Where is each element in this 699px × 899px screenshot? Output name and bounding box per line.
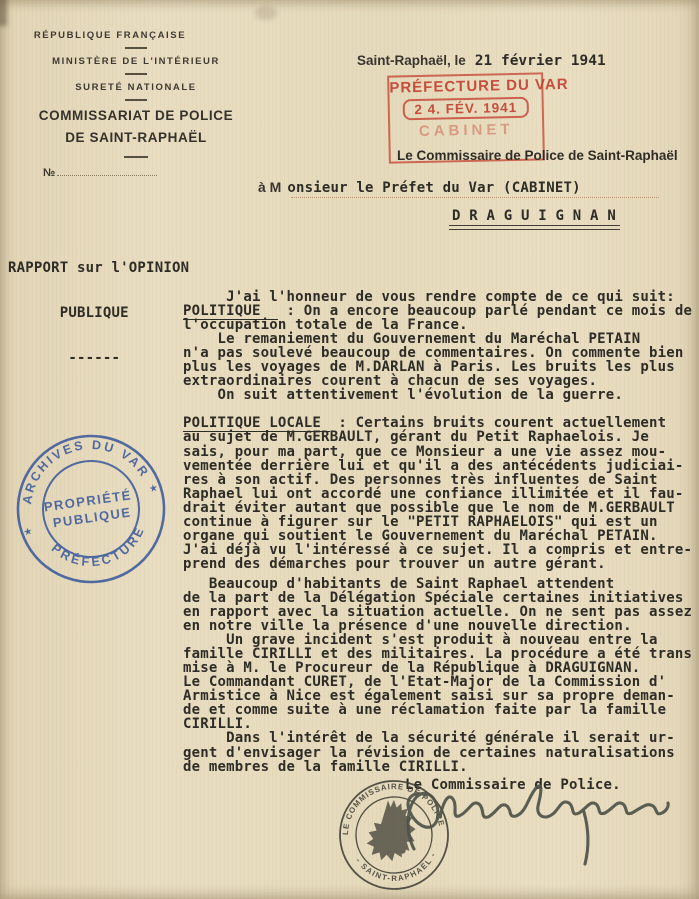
- date-typed: 21 février 1941: [475, 53, 606, 69]
- body-line: Armistice à Nice est également saisi sur…: [183, 689, 695, 703]
- number-dotted-rule: [57, 175, 157, 176]
- star-icon: ★: [22, 526, 33, 539]
- body-line: [183, 402, 695, 416]
- body-text: J'ai l'honneur de vous rendre compte de …: [183, 290, 695, 774]
- date-printed: Saint-Raphaël, le: [357, 53, 466, 68]
- body-line: n'a pas soulevé beaucoup de commentaires…: [183, 346, 695, 360]
- body-line: sais, pour ma part, que ce Monsieur a un…: [183, 445, 695, 459]
- number-label: №: [43, 167, 55, 179]
- body-line: POLITIQUE LOCALE : Certains bruits coure…: [183, 416, 695, 430]
- recipient-line: à Monsieur le Préfet du Var (CABINET): [258, 179, 581, 197]
- subject-line1: RAPPORT sur l'OPINION: [8, 261, 189, 276]
- archives-stamp-arc-bottom: PRÉFECTURE: [47, 521, 154, 579]
- body-line: Dans l'intérêt de la sécurité générale i…: [183, 731, 695, 745]
- subject-line3: ------: [8, 351, 189, 366]
- recipient-typed: onsieur le Préfet du Var (CABINET): [287, 180, 580, 196]
- letterhead: RÉPUBLIQUE FRANÇAISE MINISTÈRE DE L'INTÉ…: [38, 30, 234, 158]
- document-page: RÉPUBLIQUE FRANÇAISE MINISTÈRE DE L'INTÉ…: [0, 0, 699, 899]
- paper-edge-mark: [0, 0, 7, 26]
- body-line: res à son actif. Des personnes très infl…: [183, 473, 695, 487]
- sender-line: Le Commissaire de Police de Saint-Raphaë…: [397, 148, 678, 163]
- body-line: famille CIRILLI et des militaires. La pr…: [183, 647, 695, 661]
- archives-stamp: ARCHIVES DU VAR PRÉFECTURE ★ ★ PROPRIÉTÉ…: [0, 412, 188, 606]
- body-line: CIRILLI.: [183, 717, 695, 731]
- prefecture-stamp-title: PRÉFECTURE DU VAR: [389, 76, 541, 96]
- body-line: On suit attentivement l'évolution de la …: [183, 388, 695, 402]
- prefecture-stamp-cabinet: CABINET: [390, 120, 542, 140]
- letterhead-divider: [125, 47, 147, 49]
- letterhead-ministere: MINISTÈRE DE L'INTÉRIEUR: [38, 56, 234, 67]
- body-line: Beaucoup d'habitants de Saint Raphael at…: [183, 577, 695, 591]
- body-line: organe qui soutient le Gouvernement du M…: [183, 529, 695, 543]
- letterhead-surete: SURETÉ NATIONALE: [38, 82, 234, 93]
- letterhead-divider: [124, 156, 148, 158]
- letterhead-republique: RÉPUBLIQUE FRANÇAISE: [12, 30, 208, 41]
- letterhead-ville: DE SAINT-RAPHAËL: [38, 130, 234, 145]
- body-line: extraordinaires courent à chacun de ses …: [183, 374, 695, 388]
- recipient-dotted-rule: [291, 197, 659, 198]
- body-line: l'occupation totale de la France.: [183, 318, 695, 332]
- paper-smudge: [255, 6, 277, 20]
- recipient-prefix: à M: [258, 179, 281, 195]
- body-line: de et comme suite à une réclamation fait…: [183, 703, 695, 717]
- body-line: Un grave incident s'est produit à nouvea…: [183, 633, 695, 647]
- body-line: Le remaniement du Gouvernement du Maréch…: [183, 332, 695, 346]
- body-line: continue à figurer sur le "PETIT RAPHAEL…: [183, 515, 695, 529]
- body-line: J'ai déjà vu l'intéressé à ce sujet. Il …: [183, 543, 695, 557]
- body-line: Raphael lui ont accordé une confiance il…: [183, 487, 695, 501]
- body-line: prend des démarches pour trouver un autr…: [183, 557, 695, 571]
- body-line: mise à M. le Procureur de la République …: [183, 661, 695, 675]
- body-line: drait éviter autant que possible que le …: [183, 501, 695, 515]
- body-line: vementée derrière lui et qu'il a des ant…: [183, 459, 695, 473]
- body-line: POLITIQUE : On a encore beaucoup parlé p…: [183, 304, 695, 318]
- svg-text:PRÉFECTURE: PRÉFECTURE: [47, 521, 154, 579]
- star-icon: ★: [148, 483, 159, 496]
- subject-line2: PUBLIQUE: [8, 306, 189, 321]
- body-line: J'ai l'honneur de vous rendre compte de …: [183, 290, 695, 304]
- letterhead-divider: [125, 99, 147, 101]
- body-line: en rapport avec la situation actuelle. O…: [183, 605, 695, 619]
- recipient-city: D R A G U I G N A N: [452, 208, 616, 224]
- body-line: en notre ville la présence d'une nouvell…: [183, 619, 695, 633]
- body-line: Le Commandant CURET, de l'Etat-Major de …: [183, 675, 695, 689]
- city-double-underline: [449, 225, 620, 230]
- subject-block: RAPPORT sur l'OPINION PUBLIQUE ------: [8, 231, 189, 396]
- letterhead-commissariat: COMMISSARIAT DE POLICE: [38, 108, 234, 123]
- body-line: gent d'envisager la révision de certaine…: [183, 746, 695, 760]
- body-line: au sujet de M.GERBAULT, gérant du Petit …: [183, 430, 695, 444]
- number-line: №: [43, 167, 157, 179]
- body-line: de la part de la Délégation Spéciale cer…: [183, 591, 695, 605]
- date-line: Saint-Raphaël, le21 février 1941: [357, 52, 606, 70]
- prefecture-stamp-date: 2 4. FÉV. 1941: [402, 97, 529, 121]
- signature: [350, 770, 699, 899]
- body-line: plus les voyages de M.DARLAN à Paris. Le…: [183, 360, 695, 374]
- letterhead-divider: [125, 73, 147, 75]
